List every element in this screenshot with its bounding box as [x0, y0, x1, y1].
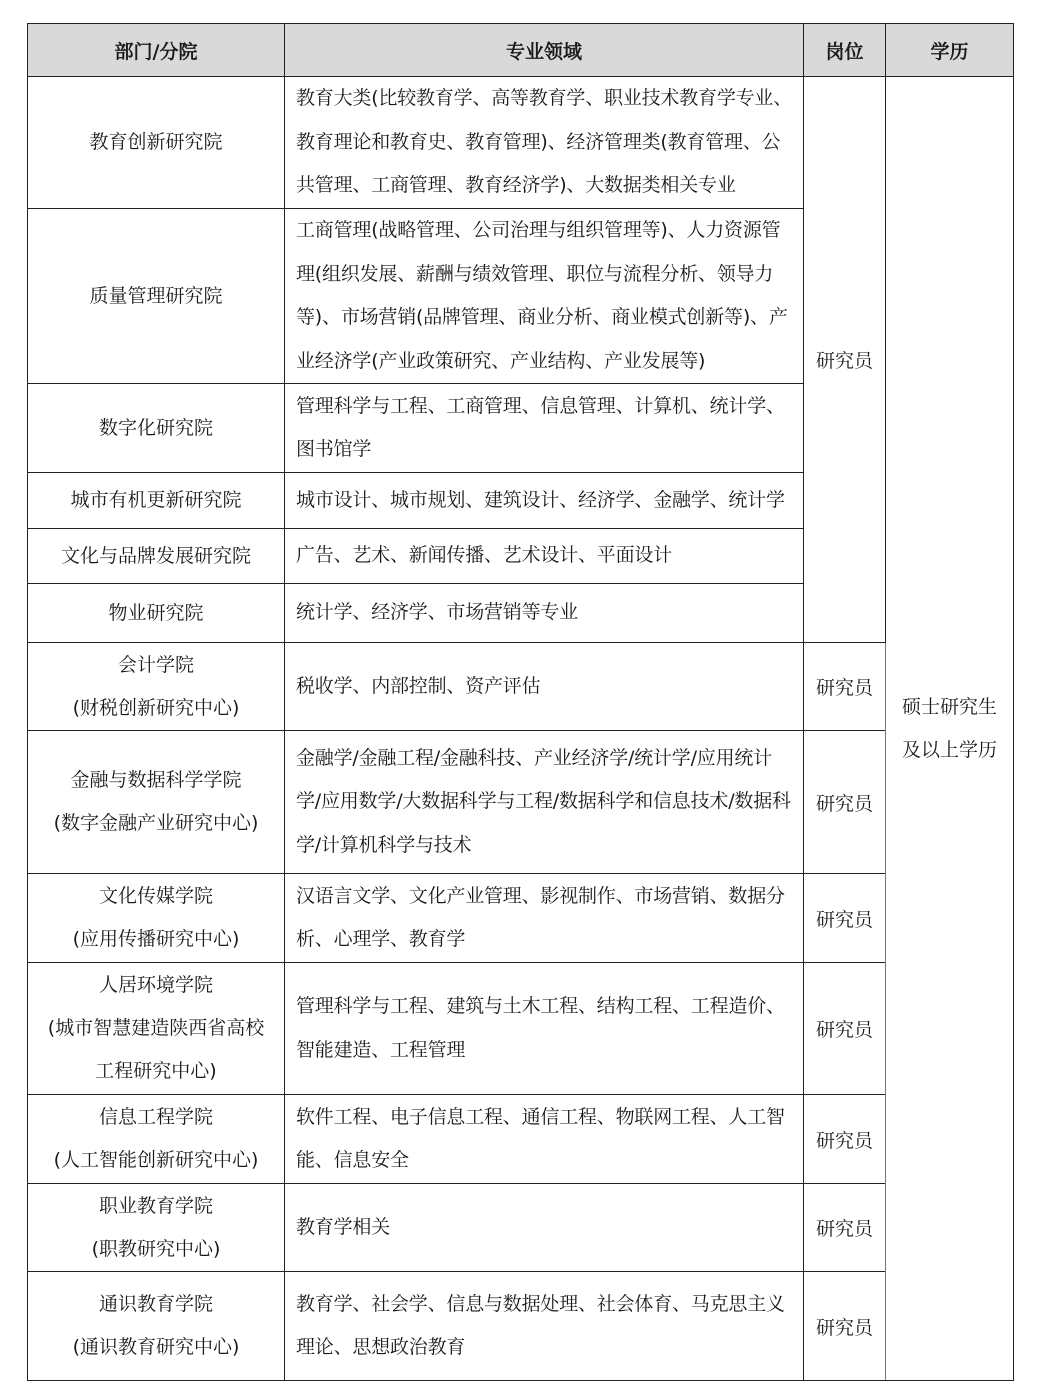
department-name-line: 职业教育学院: [28, 1185, 284, 1228]
table-row: 文化传媒学院(应用传播研究中心)汉语言文学、文化产业管理、影视制作、市场营销、数…: [28, 874, 1014, 963]
field-cell: 教育大类(比较教育学、高等教育学、职业技术教育学专业、教育理论和教育史、教育管理…: [285, 77, 804, 209]
department-cell: 通识教育学院(通识教育研究中心): [28, 1272, 285, 1381]
field-cell: 管理科学与工程、工商管理、信息管理、计算机、统计学、图书馆学: [285, 384, 804, 473]
department-cell: 文化传媒学院(应用传播研究中心): [28, 874, 285, 963]
position-cell: 研究员: [804, 874, 886, 963]
recruitment-table-container: 部门/分院 专业领域 岗位 学历 教育创新研究院教育大类(比较教育学、高等教育学…: [27, 23, 1014, 1381]
department-name-line: (人工智能创新研究中心): [28, 1139, 284, 1182]
department-name-line: 金融与数据科学学院: [28, 759, 284, 802]
education-cell-merged: 硕士研究生及以上学历: [886, 77, 1014, 1381]
department-name-line: (数字金融产业研究中心): [28, 802, 284, 845]
field-cell: 教育学、社会学、信息与数据处理、社会体育、马克思主义理论、思想政治教育: [285, 1272, 804, 1381]
table-row: 金融与数据科学学院(数字金融产业研究中心)金融学/金融工程/金融科技、产业经济学…: [28, 731, 1014, 874]
department-name-line: 城市有机更新研究院: [28, 479, 284, 522]
table-row: 人居环境学院(城市智慧建造陕西省高校工程研究中心)管理科学与工程、建筑与土木工程…: [28, 963, 1014, 1095]
field-cell: 统计学、经济学、市场营销等专业: [285, 584, 804, 643]
department-name-line: 教育创新研究院: [28, 121, 284, 164]
department-cell: 质量管理研究院: [28, 209, 285, 384]
field-cell: 管理科学与工程、建筑与土木工程、结构工程、工程造价、智能建造、工程管理: [285, 963, 804, 1095]
department-name-line: (通识教育研究中心): [28, 1326, 284, 1369]
department-name-line: 通识教育学院: [28, 1283, 284, 1326]
education-requirement-line: 及以上学历: [886, 729, 1013, 772]
department-name-line: 物业研究院: [28, 592, 284, 635]
department-name-line: 信息工程学院: [28, 1096, 284, 1139]
department-name-line: 工程研究中心): [28, 1050, 284, 1093]
education-requirement-line: 硕士研究生: [886, 686, 1013, 729]
table-row: 会计学院(财税创新研究中心)税收学、内部控制、资产评估研究员: [28, 643, 1014, 731]
department-cell: 人居环境学院(城市智慧建造陕西省高校工程研究中心): [28, 963, 285, 1095]
field-cell: 税收学、内部控制、资产评估: [285, 643, 804, 731]
table-row: 通识教育学院(通识教育研究中心)教育学、社会学、信息与数据处理、社会体育、马克思…: [28, 1272, 1014, 1381]
department-cell: 文化与品牌发展研究院: [28, 529, 285, 584]
field-cell: 工商管理(战略管理、公司治理与组织管理等)、人力资源管理(组织发展、薪酬与绩效管…: [285, 209, 804, 384]
table-body: 教育创新研究院教育大类(比较教育学、高等教育学、职业技术教育学专业、教育理论和教…: [28, 77, 1014, 1381]
position-cell: 研究员: [804, 1272, 886, 1381]
department-cell: 城市有机更新研究院: [28, 473, 285, 529]
department-cell: 职业教育学院(职教研究中心): [28, 1184, 285, 1272]
position-cell: 研究员: [804, 963, 886, 1095]
position-cell-merged: 研究员: [804, 77, 886, 643]
department-cell: 金融与数据科学学院(数字金融产业研究中心): [28, 731, 285, 874]
header-field: 专业领域: [285, 24, 804, 77]
table-row: 职业教育学院(职教研究中心)教育学相关研究员: [28, 1184, 1014, 1272]
field-cell: 软件工程、电子信息工程、通信工程、物联网工程、人工智能、信息安全: [285, 1095, 804, 1184]
header-department: 部门/分院: [28, 24, 285, 77]
department-name-line: 人居环境学院: [28, 964, 284, 1007]
position-cell: 研究员: [804, 1184, 886, 1272]
department-name-line: 文化传媒学院: [28, 875, 284, 918]
department-name-line: 质量管理研究院: [28, 275, 284, 318]
department-cell: 物业研究院: [28, 584, 285, 643]
department-cell: 数字化研究院: [28, 384, 285, 473]
position-cell: 研究员: [804, 731, 886, 874]
department-name-line: (应用传播研究中心): [28, 918, 284, 961]
recruitment-table: 部门/分院 专业领域 岗位 学历 教育创新研究院教育大类(比较教育学、高等教育学…: [27, 23, 1014, 1381]
field-cell: 金融学/金融工程/金融科技、产业经济学/统计学/应用统计学/应用数学/大数据科学…: [285, 731, 804, 874]
field-cell: 教育学相关: [285, 1184, 804, 1272]
department-name-line: (财税创新研究中心): [28, 687, 284, 730]
department-name-line: (职教研究中心): [28, 1228, 284, 1271]
field-cell: 广告、艺术、新闻传播、艺术设计、平面设计: [285, 529, 804, 584]
department-name-line: (城市智慧建造陕西省高校: [28, 1007, 284, 1050]
department-name-line: 文化与品牌发展研究院: [28, 535, 284, 578]
header-position: 岗位: [804, 24, 886, 77]
header-education: 学历: [886, 24, 1014, 77]
department-cell: 会计学院(财税创新研究中心): [28, 643, 285, 731]
position-cell: 研究员: [804, 1095, 886, 1184]
department-cell: 信息工程学院(人工智能创新研究中心): [28, 1095, 285, 1184]
table-header-row: 部门/分院 专业领域 岗位 学历: [28, 24, 1014, 77]
field-cell: 汉语言文学、文化产业管理、影视制作、市场营销、数据分析、心理学、教育学: [285, 874, 804, 963]
table-row: 教育创新研究院教育大类(比较教育学、高等教育学、职业技术教育学专业、教育理论和教…: [28, 77, 1014, 209]
department-cell: 教育创新研究院: [28, 77, 285, 209]
position-cell: 研究员: [804, 643, 886, 731]
table-row: 信息工程学院(人工智能创新研究中心)软件工程、电子信息工程、通信工程、物联网工程…: [28, 1095, 1014, 1184]
field-cell: 城市设计、城市规划、建筑设计、经济学、金融学、统计学: [285, 473, 804, 529]
department-name-line: 数字化研究院: [28, 407, 284, 450]
department-name-line: 会计学院: [28, 644, 284, 687]
